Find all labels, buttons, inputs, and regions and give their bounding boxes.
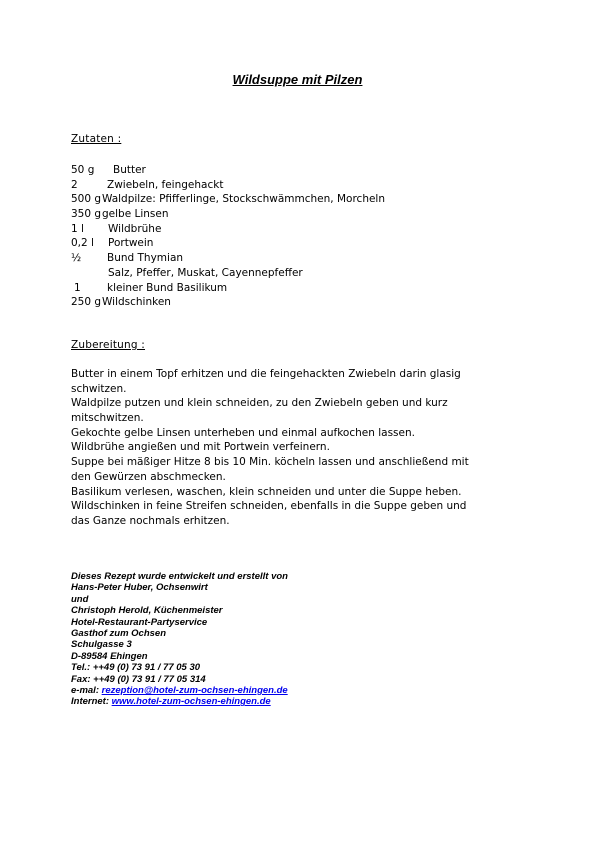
ingredient-name: Wildbrühe [108, 222, 161, 237]
preparation-line: Wildschinken in feine Streifen schneiden… [71, 499, 511, 514]
recipe-page: Wildsuppe mit Pilzen Zutaten : 50 gButte… [0, 0, 595, 842]
ingredient-name: Salz, Pfeffer, Muskat, Cayennepfeffer [108, 266, 303, 281]
ingredient-name: kleiner Bund Basilikum [107, 281, 227, 296]
ingredient-quantity: 250 g [71, 295, 101, 310]
ingredient-quantity: 1 [74, 281, 81, 296]
ingredient-name: Portwein [108, 236, 153, 251]
preparation-heading: Zubereitung : [71, 339, 145, 351]
ingredient-name: gelbe Linsen [102, 207, 169, 222]
preparation-line: Basilikum verlesen, waschen, klein schne… [71, 485, 511, 500]
ingredient-quantity: 0,2 l [71, 236, 94, 251]
credits-line: D-89584 Ehingen [71, 651, 288, 662]
credits-line: Hotel-Restaurant-Partyservice [71, 617, 288, 628]
preparation-line: Gekochte gelbe Linsen unterheben und ein… [71, 426, 511, 441]
preparation-line: schwitzen. [71, 382, 511, 397]
ingredient-quantity: 350 g [71, 207, 101, 222]
credits-line: Schulgasse 3 [71, 639, 288, 650]
preparation-text: Butter in einem Topf erhitzen und die fe… [71, 367, 511, 529]
preparation-line: den Gewürzen abschmecken. [71, 470, 511, 485]
ingredient-name: Wildschinken [102, 295, 171, 310]
ingredient-quantity: 500 g [71, 192, 101, 207]
website-label: Internet: [71, 696, 112, 707]
preparation-line: Wildbrühe angießen und mit Portwein verf… [71, 440, 511, 455]
email-line: e-mal: rezeption@hotel-zum-ochsen-ehinge… [71, 685, 288, 696]
email-link[interactable]: rezeption@hotel-zum-ochsen-ehingen.de [102, 685, 288, 696]
ingredient-name: Zwiebeln, feingehackt [107, 178, 223, 193]
ingredients-heading: Zutaten : [71, 133, 121, 145]
credits-line: und [71, 594, 288, 605]
credits-line: Gasthof zum Ochsen [71, 628, 288, 639]
email-label: e-mal: [71, 685, 102, 696]
credits-line: Tel.: ++49 (0) 73 91 / 77 05 30 [71, 662, 288, 673]
preparation-line: Waldpilze putzen und klein schneiden, zu… [71, 396, 511, 411]
ingredient-quantity: ½ [71, 251, 81, 266]
credits-line: Fax: ++49 (0) 73 91 / 77 05 314 [71, 674, 288, 685]
ingredient-name: Bund Thymian [107, 251, 183, 266]
preparation-line: mitschwitzen. [71, 411, 511, 426]
website-link[interactable]: www.hotel-zum-ochsen-ehingen.de [112, 696, 271, 707]
ingredient-quantity: 2 [71, 178, 78, 193]
ingredient-name: Waldpilze: Pfifferlinge, Stockschwämmche… [102, 192, 385, 207]
credits-line: Hans-Peter Huber, Ochsenwirt [71, 582, 288, 593]
ingredient-quantity: 1 l [71, 222, 84, 237]
website-line: Internet: www.hotel-zum-ochsen-ehingen.d… [71, 696, 288, 707]
credits-line: Christoph Herold, Küchenmeister [71, 605, 288, 616]
recipe-title: Wildsuppe mit Pilzen [0, 72, 595, 87]
ingredient-quantity: 50 g [71, 163, 94, 178]
preparation-line: das Ganze nochmals erhitzen. [71, 514, 511, 529]
preparation-line: Butter in einem Topf erhitzen und die fe… [71, 367, 511, 382]
credits-line: Dieses Rezept wurde entwickelt und erste… [71, 571, 288, 582]
ingredient-name: Butter [113, 163, 146, 178]
preparation-line: Suppe bei mäßiger Hitze 8 bis 10 Min. kö… [71, 455, 511, 470]
credits-block: Dieses Rezept wurde entwickelt und erste… [71, 571, 288, 708]
